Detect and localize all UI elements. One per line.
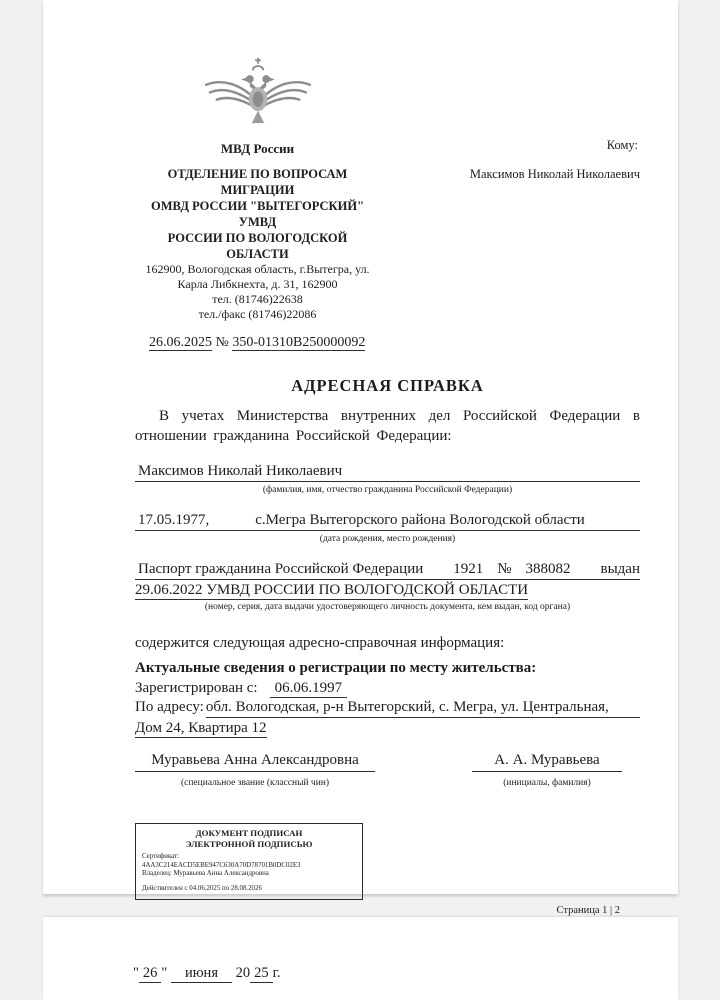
signature-row: Муравьева Анна Александровна (специально… bbox=[135, 752, 640, 788]
department-line: ОМВД РОССИИ "ВЫТЕГОРСКИЙ" УМВД bbox=[135, 198, 380, 230]
handwritten-date-line: "26" июня 2025г. bbox=[43, 917, 678, 982]
full-name-caption: (фамилия, имя, отчество гражданина Росси… bbox=[135, 485, 640, 495]
initials-name: А. А. Муравьева bbox=[472, 752, 622, 772]
recipient-name: Максимов Николай Николаевич bbox=[380, 167, 640, 182]
department-line: ОТДЕЛЕНИЕ ПО ВОПРОСАМ МИГРАЦИИ bbox=[135, 166, 380, 198]
doc-number: 350-01310В250000092 bbox=[232, 335, 365, 351]
page-number-label: Страница 1 | 2 bbox=[135, 905, 640, 916]
registration-address-line1: По адресу: обл. Вологодская, р-н Вытегор… bbox=[135, 698, 640, 718]
date-century: 20 bbox=[236, 965, 251, 981]
stamp-heading-line2: ЭЛЕКТРОННОЙ ПОДПИСЬЮ bbox=[142, 839, 356, 850]
mvd-eagle-emblem-icon bbox=[202, 55, 314, 127]
registration-heading: Актуальные сведения о регистрации по мес… bbox=[135, 659, 640, 677]
doc-date: 26.06.2025 bbox=[149, 335, 212, 351]
field-birth: 17.05.1977,с.Мегра Вытегорского района В… bbox=[135, 511, 640, 544]
stamp-cert-label: Сертификат: bbox=[142, 853, 356, 862]
passport-issued-word: выдан bbox=[601, 560, 640, 578]
official-name: Муравьева Анна Александровна bbox=[135, 752, 375, 772]
date-day: 26 bbox=[139, 965, 162, 983]
document-title: АДРЕСНАЯ СПРАВКА bbox=[135, 376, 640, 396]
signature-initials: А. А. Муравьева (инициалы, фамилия) bbox=[472, 752, 622, 788]
address-line: Карла Либкнехта, д. 31, 162900 bbox=[135, 277, 380, 292]
stamp-heading-line1: ДОКУМЕНТ ПОДПИСАН bbox=[142, 828, 356, 839]
registration-address-value1: обл. Вологодская, р-н Вытегорский, с. Ме… bbox=[206, 698, 640, 718]
registration-address-line2: Дом 24, Квартира 12 bbox=[135, 719, 640, 737]
passport-number-sign: № bbox=[497, 560, 511, 578]
document-page-1: МВД России ОТДЕЛЕНИЕ ПО ВОПРОСАМ МИГРАЦИ… bbox=[43, 0, 678, 894]
info-line: содержится следующая адресно-справочная … bbox=[135, 634, 640, 652]
document-viewer: МВД России ОТДЕЛЕНИЕ ПО ВОПРОСАМ МИГРАЦИ… bbox=[0, 0, 720, 1000]
address-line: тел./факс (81746)22086 bbox=[135, 307, 380, 322]
address-line: 162900, Вологодская область, г.Вытегра, … bbox=[135, 262, 380, 277]
address-label: По адресу: bbox=[135, 698, 206, 718]
official-caption: (специальное звание (классный чин) bbox=[135, 778, 375, 788]
date-year: 25 bbox=[250, 965, 273, 983]
passport-number: 388082 bbox=[526, 560, 571, 578]
quote-close: " bbox=[161, 965, 167, 981]
birth-place: с.Мегра Вытегорского района Вологодской … bbox=[255, 512, 585, 528]
signature-official: Муравьева Анна Александровна (специально… bbox=[135, 752, 375, 788]
number-sign: № bbox=[216, 335, 229, 350]
stamp-owner: Владелец: Муравьева Анна Александровна bbox=[142, 870, 356, 879]
initials-caption: (инициалы, фамилия) bbox=[472, 778, 622, 788]
document-page-2: "26" июня 2025г. bbox=[43, 917, 678, 1000]
birth-caption: (дата рождения, место рождения) bbox=[135, 534, 640, 544]
recipient-block: Кому: Максимов Николай Николаевич bbox=[380, 0, 640, 182]
full-name-value: Максимов Николай Николаевич bbox=[135, 462, 640, 482]
letterhead: МВД России ОТДЕЛЕНИЕ ПО ВОПРОСАМ МИГРАЦИ… bbox=[135, 0, 640, 322]
field-passport: Паспорт гражданина Российской Федерации … bbox=[135, 560, 640, 612]
department-name: ОТДЕЛЕНИЕ ПО ВОПРОСАМ МИГРАЦИИ ОМВД РОСС… bbox=[135, 166, 380, 262]
stamp-cert-value: 4AA3C214EACD5EBE947C630A70D78701B0DC02E3 bbox=[142, 862, 356, 871]
letterhead-org-block: МВД России ОТДЕЛЕНИЕ ПО ВОПРОСАМ МИГРАЦИ… bbox=[135, 0, 380, 322]
to-label: Кому: bbox=[380, 138, 640, 153]
passport-issue-info: 29.06.2022 УМВД РОССИИ ПО ВОЛОГОДСКОЙ ОБ… bbox=[135, 582, 528, 600]
date-era: г. bbox=[273, 965, 281, 981]
birth-date: 17.05.1977, bbox=[138, 512, 209, 528]
department-address: 162900, Вологодская область, г.Вытегра, … bbox=[135, 262, 380, 322]
passport-doc-type: Паспорт гражданина Российской Федерации bbox=[138, 560, 423, 578]
registration-address-value2: Дом 24, Квартира 12 bbox=[135, 720, 267, 738]
intro-paragraph: В учетах Министерства внутренних дел Рос… bbox=[135, 407, 640, 446]
registered-date: 06.06.1997 bbox=[270, 680, 348, 698]
electronic-signature-stamp: ДОКУМЕНТ ПОДПИСАН ЭЛЕКТРОННОЙ ПОДПИСЬЮ С… bbox=[135, 823, 363, 900]
registered-label: Зарегистрирован с: bbox=[135, 680, 258, 696]
department-line: РОССИИ ПО ВОЛОГОДСКОЙ ОБЛАСТИ bbox=[135, 230, 380, 262]
stamp-validity: Действителен с 04.06.2025 по 28.08.2026 bbox=[142, 885, 356, 894]
address-line: тел. (81746)22638 bbox=[135, 292, 380, 307]
org-title: МВД России bbox=[135, 141, 380, 157]
date-month: июня bbox=[171, 965, 232, 983]
passport-caption: (номер, серия, дата выдачи удостоверяюще… bbox=[135, 602, 640, 612]
registration-date-line: Зарегистрирован с:06.06.1997 bbox=[135, 679, 640, 697]
field-full-name: Максимов Николай Николаевич (фамилия, им… bbox=[135, 462, 640, 495]
passport-series: 1921 bbox=[453, 560, 483, 578]
doc-date-number: 26.06.2025 № 350-01310В250000092 bbox=[135, 335, 640, 351]
